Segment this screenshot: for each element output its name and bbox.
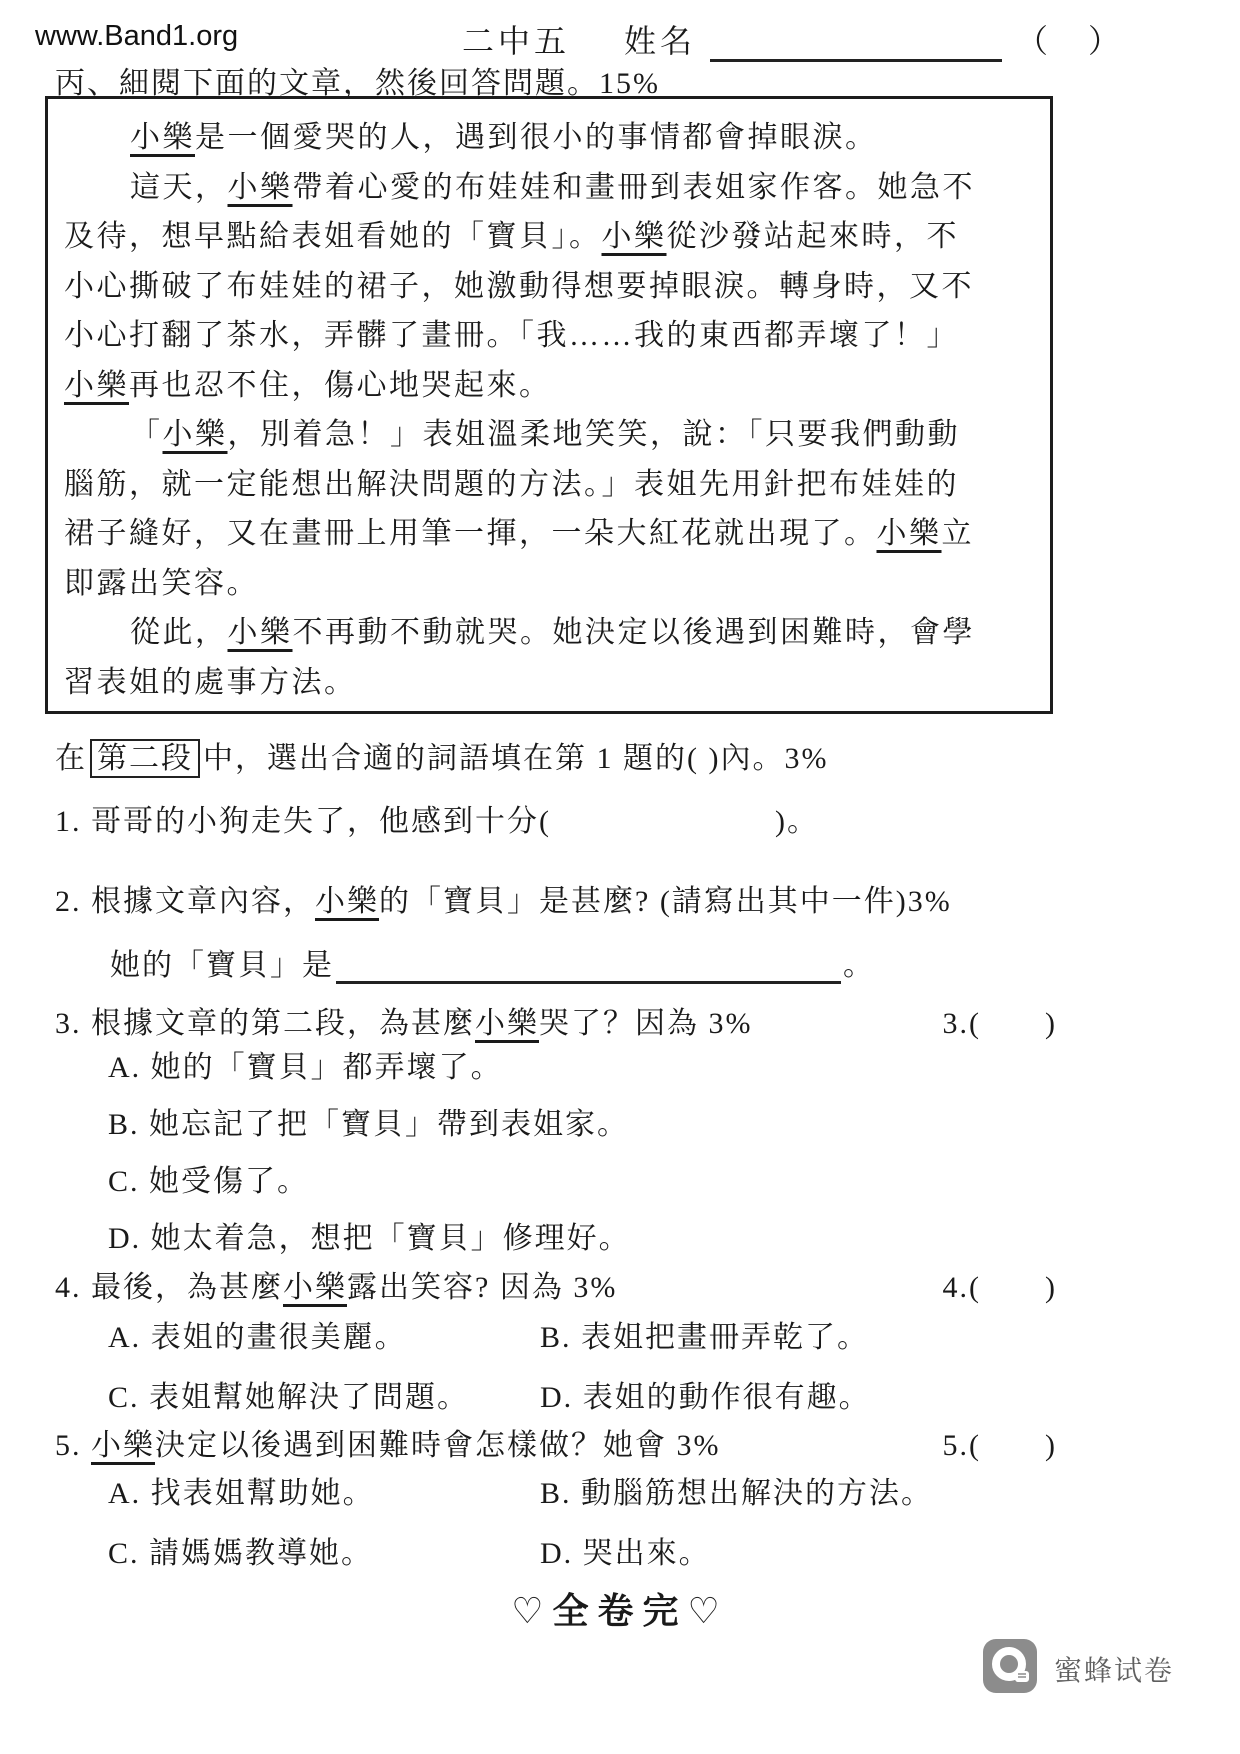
question-3-row: 3. 根據文章的第二段，為甚麼小樂哭了？因為 3% 3.( ): [55, 998, 1057, 1042]
question-5-options: A. 找表姐幫助她。 B. 動腦筋想出解決的方法。 C. 請媽媽教導她。 D. …: [108, 1468, 933, 1572]
question-5-stem: 5. 小樂決定以後遇到困難時會怎樣做？她會 3%: [55, 1420, 721, 1464]
class-label: 二中五: [462, 16, 570, 62]
score-paren: （ ）: [1016, 16, 1124, 62]
question-4-option-d: D. 表姐的動作很有趣。: [540, 1372, 871, 1416]
end-title: 全卷完: [552, 1591, 687, 1631]
name-label: 姓名: [624, 16, 696, 62]
passage-line-6: 小樂再也忍不住，傷心地哭起來。: [64, 361, 1034, 411]
question-4-option-a: A. 表姐的畫很美麗。: [108, 1312, 540, 1356]
passage-line-12: 習表姐的處事方法。: [64, 658, 1034, 708]
header-name-row: 二中五 姓名 （ ）: [462, 16, 1124, 62]
question-intro: 在第二段中，選出合適的詞語填在第 1 題的( )內。3%: [55, 733, 828, 777]
question-3-option-c: C. 她受傷了。: [108, 1156, 631, 1200]
end-of-paper-mark: ♡全卷完♡: [0, 1583, 1240, 1634]
question-5-option-c: C. 請媽媽教導她。: [108, 1528, 540, 1572]
question-5-row: 5. 小樂決定以後遇到困難時會怎樣做？她會 3% 5.( ): [55, 1420, 1057, 1464]
question-5-option-d: D. 哭出來。: [540, 1528, 933, 1572]
site-watermark: www.Band1.org: [35, 20, 238, 53]
passage-line-8: 腦筋，就一定能想出解決問題的方法。」表姐先用針把布娃娃的: [64, 460, 1034, 510]
passage-line-4: 小心撕破了布娃娃的裙子，她激動得想要掉眼淚。轉身時，又不: [64, 262, 1034, 312]
passage-line-3: 及待，想早點給表姐看她的「寶貝」。小樂從沙發站起來時，不: [64, 212, 1034, 262]
passage-line-9: 裙子縫好，又在畫冊上用筆一揮，一朵大紅花就出現了。小樂立: [64, 509, 1034, 559]
question-3-option-d: D. 她太着急，想把「寶貝」修理好。: [108, 1213, 631, 1257]
passage-line-2: 這天，小樂帶着心愛的布娃娃和畫冊到表姐家作客。她急不: [64, 163, 1034, 213]
question-5-answer-bracket: 5.( ): [943, 1420, 1057, 1464]
question-4-option-c: C. 表姐幫她解決了問題。: [108, 1372, 540, 1416]
question-4-stem: 4. 最後，為甚麼小樂露出笑容? 因為 3%: [55, 1262, 617, 1306]
question-2-answer-blank: [336, 949, 841, 984]
bee-app-icon: [982, 1638, 1038, 1699]
question-4-option-b: B. 表姐把畫冊弄乾了。: [540, 1312, 871, 1356]
question-1: 1. 哥哥的小狗走失了，他感到十分( )。: [55, 796, 819, 840]
passage-box: 小樂是一個愛哭的人，遇到很小的事情都會掉眼淚。 這天，小樂帶着心愛的布娃娃和畫冊…: [45, 96, 1053, 714]
passage-line-11: 從此，小樂不再動不動就哭。她決定以後遇到困難時，會學: [64, 608, 1034, 658]
passage-line-7: 「小樂，別着急！」表姐溫柔地笑笑，說：「只要我們動動: [64, 410, 1034, 460]
question-4-answer-bracket: 4.( ): [943, 1262, 1057, 1306]
passage-line-1: 小樂是一個愛哭的人，遇到很小的事情都會掉眼淚。: [64, 113, 1034, 163]
name-blank-line: [710, 23, 1002, 62]
question-3-options: A. 她的「寶貝」都弄壞了。 B. 她忘記了把「寶貝」帶到表姐家。 C. 她受傷…: [108, 1042, 631, 1270]
question-2-answer-prefix: 她的「寶貝」是: [110, 949, 334, 982]
question-4-row: 4. 最後，為甚麼小樂露出笑容? 因為 3% 4.( ): [55, 1262, 1057, 1306]
end-ornament-right: ♡: [688, 1591, 729, 1631]
question-2-stem: 2. 根據文章內容，小樂的「寶貝」是甚麼? (請寫出其中一件)3%: [55, 876, 952, 920]
question-5-option-b: B. 動腦筋想出解決的方法。: [540, 1468, 933, 1512]
question-2-answer-line: 她的「寶貝」是。: [110, 940, 875, 984]
passage-line-5: 小心打翻了茶水，弄髒了畫冊。「我……我的東西都弄壞了！」: [64, 311, 1034, 361]
question-3-stem: 3. 根據文章的第二段，為甚麼小樂哭了？因為 3%: [55, 998, 753, 1042]
question-3-answer-bracket: 3.( ): [943, 998, 1057, 1042]
brand-watermark: 蜜蜂试卷: [982, 1638, 1174, 1699]
question-4-options: A. 表姐的畫很美麗。 B. 表姐把畫冊弄乾了。 C. 表姐幫她解決了問題。 D…: [108, 1312, 871, 1416]
question-5-option-a: A. 找表姐幫助她。: [108, 1468, 540, 1512]
question-2-answer-suffix: 。: [843, 949, 875, 982]
brand-name: 蜜蜂试卷: [1054, 1649, 1174, 1689]
question-3-option-b: B. 她忘記了把「寶貝」帶到表姐家。: [108, 1099, 631, 1143]
question-3-option-a: A. 她的「寶貝」都弄壞了。: [108, 1042, 631, 1086]
passage-line-10: 即露出笑容。: [64, 559, 1034, 609]
end-ornament-left: ♡: [511, 1591, 552, 1631]
